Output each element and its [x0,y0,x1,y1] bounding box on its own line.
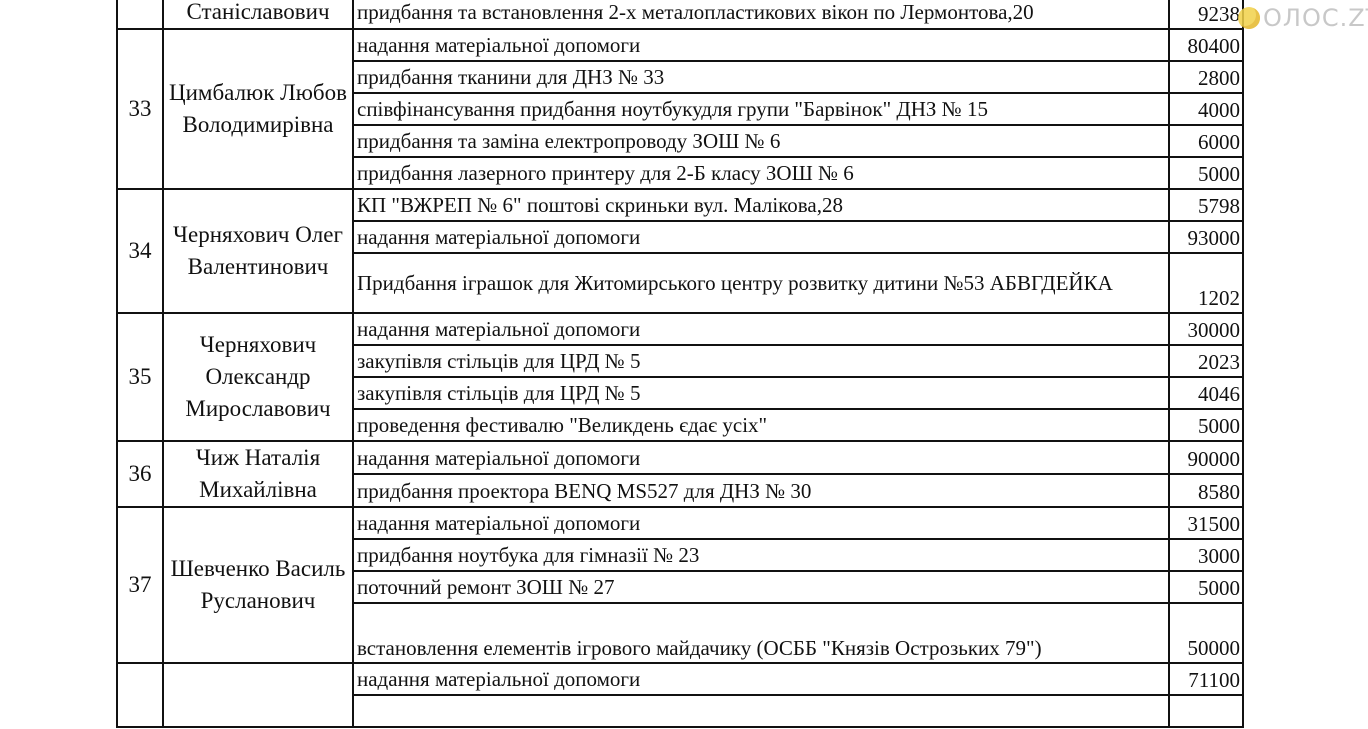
expense-amount [1169,695,1243,727]
expense-description: співфінансування придбання ноутбукудля г… [353,93,1169,125]
expense-description: надання матеріальної допомоги [353,441,1169,474]
expense-amount: 31500 [1169,507,1243,539]
expense-amount: 4046 [1169,377,1243,409]
expense-description: проведення фестивалю "Великдень єдає усі… [353,409,1169,441]
expense-amount: 4000 [1169,93,1243,125]
expense-amount: 3000 [1169,539,1243,571]
deputy-name: Станіславович [163,0,353,29]
expense-amount: 2023 [1169,345,1243,377]
expense-amount: 2800 [1169,61,1243,93]
expense-amount: 30000 [1169,313,1243,345]
expense-description: закупівля стільців для ЦРД № 5 [353,377,1169,409]
expense-amount: 80400 [1169,29,1243,61]
expense-amount: 1202 [1169,253,1243,313]
table-row: надання матеріальної допомоги71100 [117,663,1243,695]
deputy-number [117,663,163,727]
watermark: ОЛОС.ZT [1238,4,1368,32]
expense-description: надання матеріальної допомоги [353,507,1169,539]
expense-description: надання матеріальної допомоги [353,221,1169,253]
table-row: 35Черняхович Олександр Мирославовичнадан… [117,313,1243,345]
expense-amount: 93000 [1169,221,1243,253]
expense-description: Придбання іграшок для Житомирського цент… [353,253,1169,313]
expense-amount: 5000 [1169,157,1243,189]
deputy-name: Черняхович Олександр Мирославович [163,313,353,441]
expense-description [353,695,1169,727]
deputy-name: Цимбалюк Любов Володимирівна [163,29,353,189]
expense-description: закупівля стільців для ЦРД № 5 [353,345,1169,377]
watermark-text: ОЛОС.ZT [1263,4,1368,32]
deputy-name: Чиж Наталія Михайлівна [163,441,353,507]
expense-description: придбання лазерного принтеру для 2-Б кла… [353,157,1169,189]
expense-amount: 50000 [1169,603,1243,663]
allocation-table-page: Станіславовичпридбання та встановлення 2… [116,0,1244,728]
expense-amount: 71100 [1169,663,1243,695]
expense-amount: 5000 [1169,571,1243,603]
allocation-table: Станіславовичпридбання та встановлення 2… [116,0,1244,728]
table-row: 37Шевченко Василь Руслановичнадання мате… [117,507,1243,539]
expense-description: надання матеріальної допомоги [353,313,1169,345]
table-row: 36Чиж Наталія Михайлівнанадання матеріал… [117,441,1243,474]
deputy-number: 33 [117,29,163,189]
expense-description: надання матеріальної допомоги [353,663,1169,695]
expense-amount: 5000 [1169,409,1243,441]
expense-amount: 6000 [1169,125,1243,157]
expense-description: поточний ремонт ЗОШ № 27 [353,571,1169,603]
deputy-number: 34 [117,189,163,313]
deputy-name: Черняхович Олег Валентинович [163,189,353,313]
expense-amount: 90000 [1169,441,1243,474]
expense-description: придбання та встановлення 2-х металоплас… [353,0,1169,29]
deputy-number: 37 [117,507,163,663]
deputy-name: Шевченко Василь Русланович [163,507,353,663]
expense-amount: 5798 [1169,189,1243,221]
expense-description: придбання тканини для ДНЗ № 33 [353,61,1169,93]
deputy-number: 35 [117,313,163,441]
expense-description: КП "ВЖРЕП № 6" поштові скриньки вул. Мал… [353,189,1169,221]
table-row: 34Черняхович Олег ВалентиновичКП "ВЖРЕП … [117,189,1243,221]
expense-amount: 9238 [1169,0,1243,29]
golos-logo-icon [1238,7,1260,29]
deputy-number: 36 [117,441,163,507]
table-row: 33Цимбалюк Любов Володимирівнанадання ма… [117,29,1243,61]
deputy-name [163,663,353,727]
expense-description: придбання ноутбука для гімназії № 23 [353,539,1169,571]
table-row: Станіславовичпридбання та встановлення 2… [117,0,1243,29]
deputy-number [117,0,163,29]
expense-description: надання матеріальної допомоги [353,29,1169,61]
expense-description: придбання та заміна електропроводу ЗОШ №… [353,125,1169,157]
expense-description: встановлення елементів ігрового майдачик… [353,603,1169,663]
expense-description: придбання проектора BENQ MS527 для ДНЗ №… [353,474,1169,507]
expense-amount: 8580 [1169,474,1243,507]
